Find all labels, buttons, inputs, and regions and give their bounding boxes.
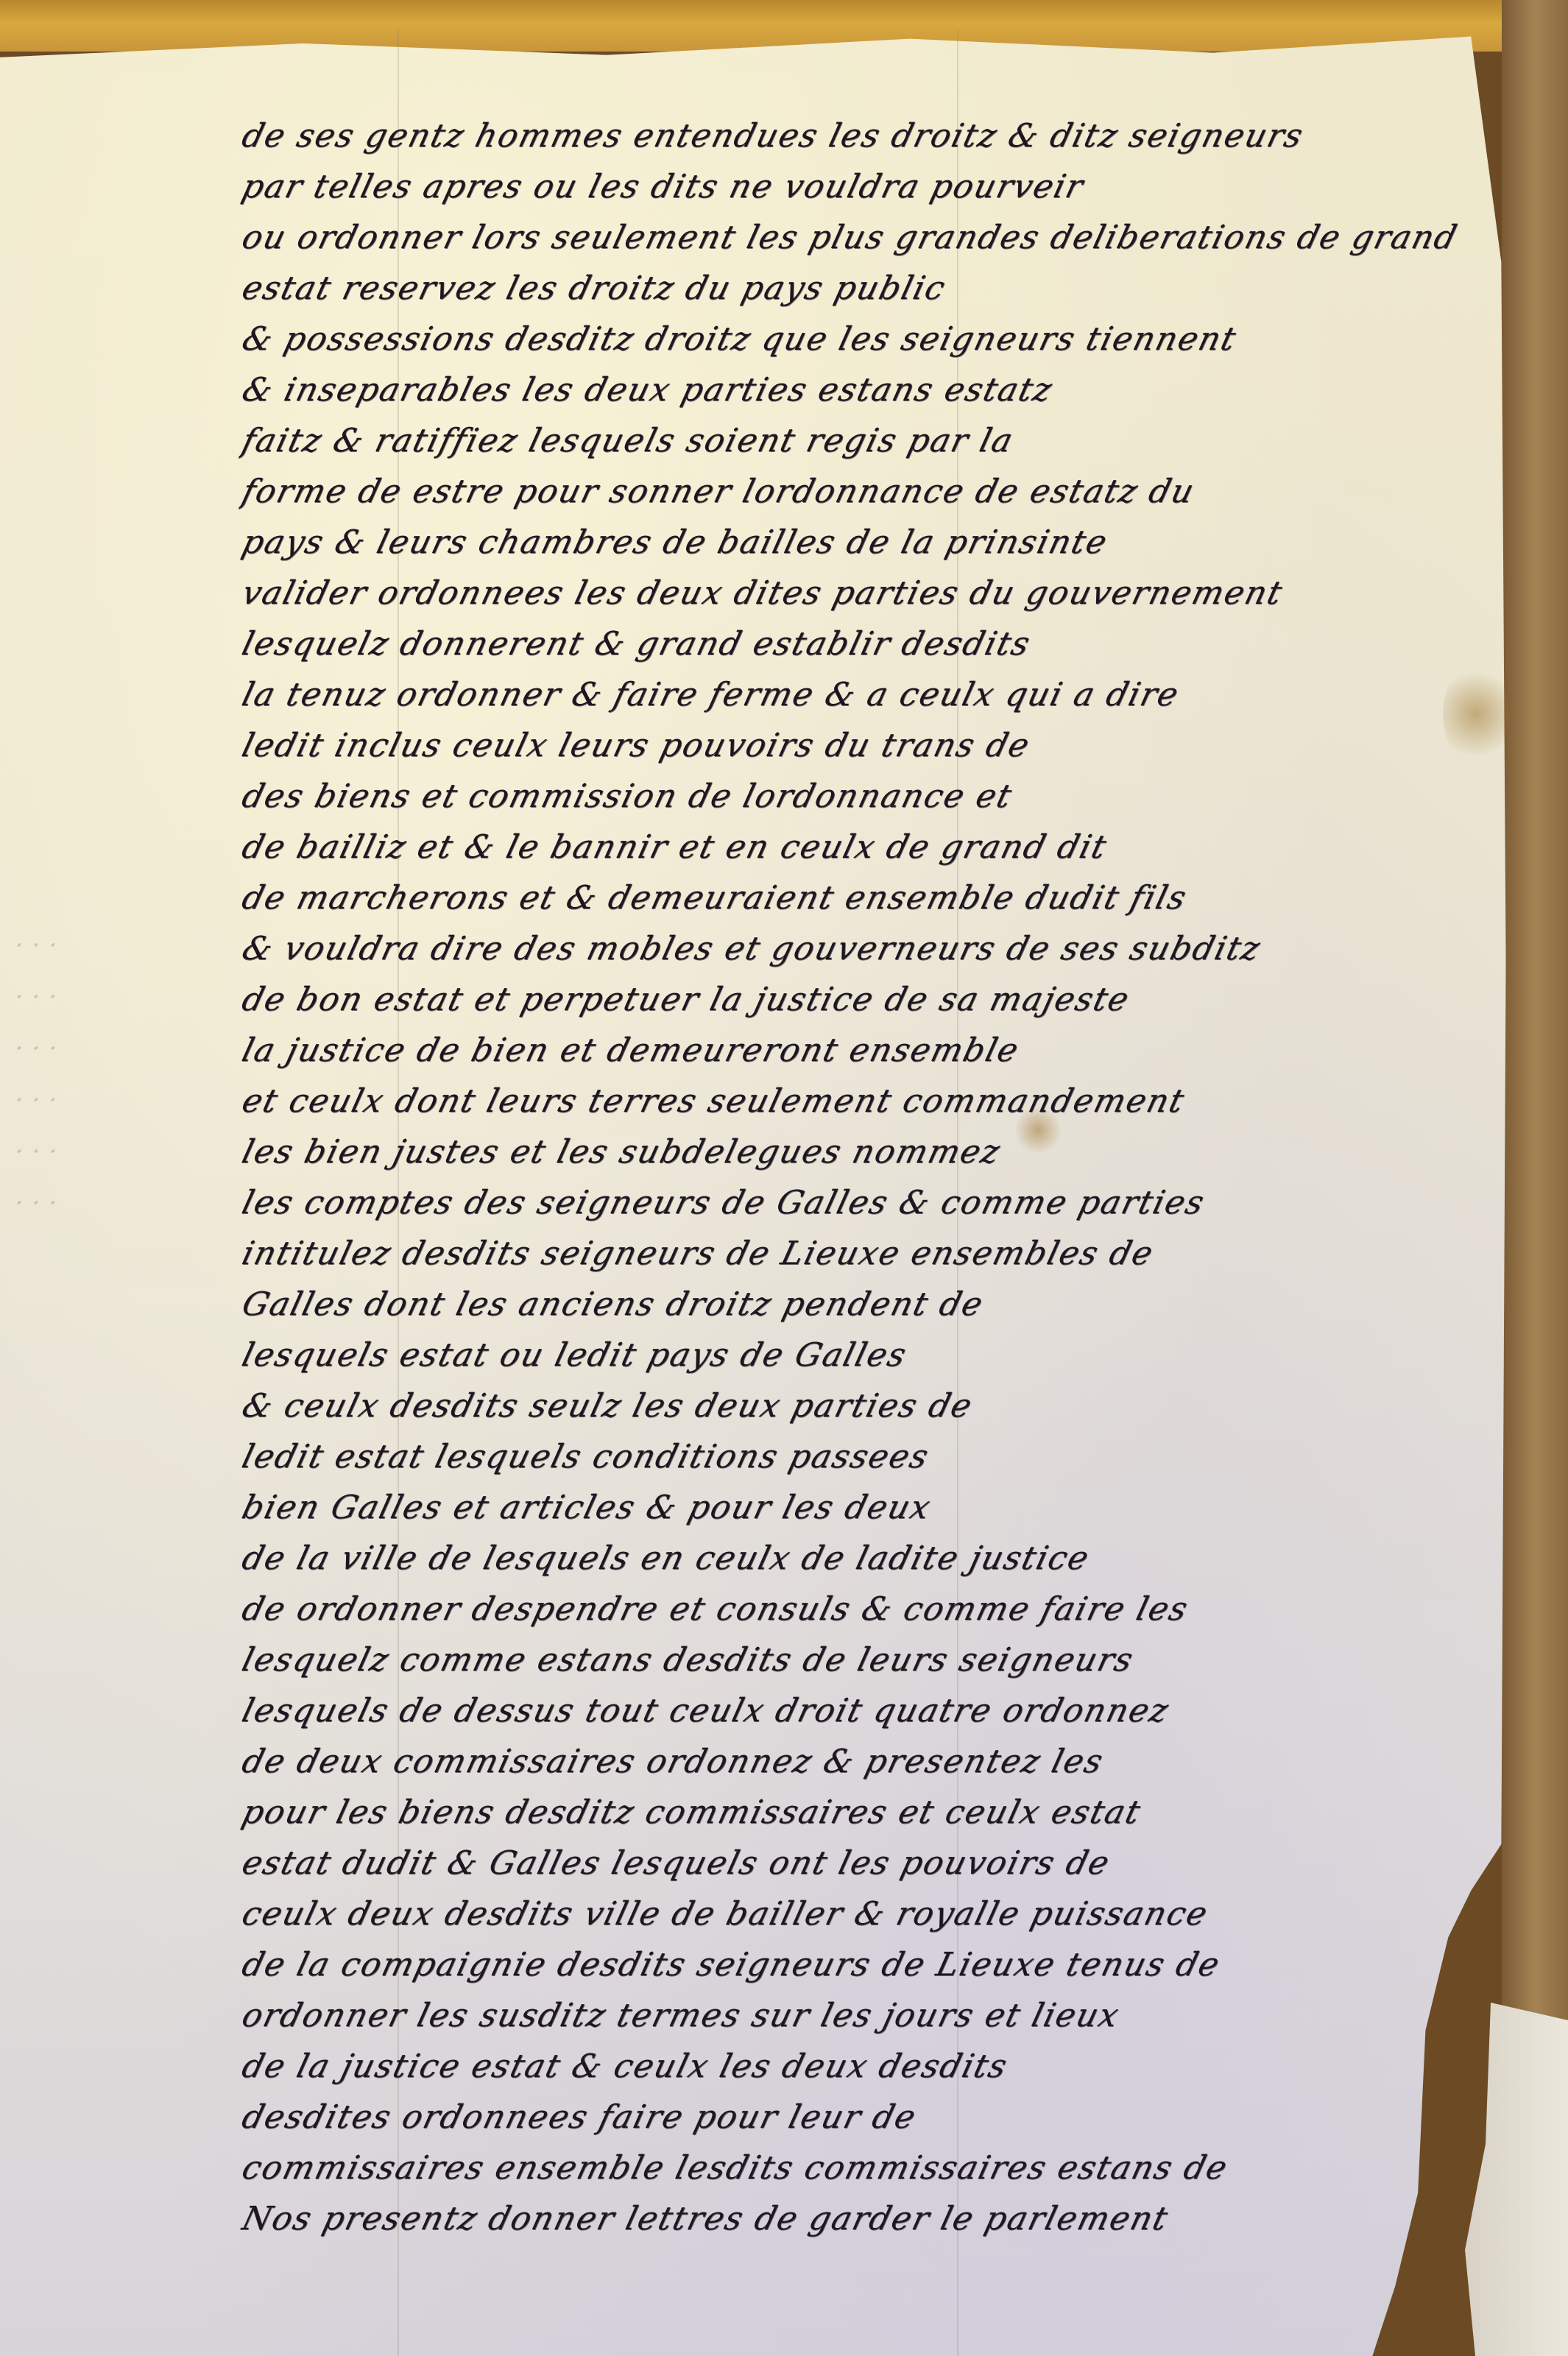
text-line: la tenuz ordonner & faire ferme & a ceul… <box>236 669 1515 720</box>
text-line: de bon estat et perpetuer la justice de … <box>236 974 1515 1025</box>
text-line: & inseparables les deux parties estans e… <box>236 364 1515 415</box>
text-line: faitz & ratiffiez lesquels soient regis … <box>236 415 1515 466</box>
text-line: lesquels de dessus tout ceulx droit quat… <box>236 1685 1515 1736</box>
text-line: ordonner les susditz termes sur les jour… <box>236 1990 1515 2041</box>
text-line: pays & leurs chambres de bailles de la p… <box>236 517 1515 568</box>
text-line: de deux commissaires ordonnez & presente… <box>236 1736 1515 1787</box>
text-line: desdites ordonnees faire pour leur de <box>236 2092 1515 2142</box>
text-line: forme de estre pour sonner lordonnance d… <box>236 466 1515 517</box>
text-line: & possessions desditz droitz que les sei… <box>236 314 1515 364</box>
text-line: ou ordonner lors seulement les plus gran… <box>236 212 1515 263</box>
text-line: estat reservez les droitz du pays public <box>236 263 1515 314</box>
text-line: & ceulx desdits seulz les deux parties d… <box>236 1380 1515 1431</box>
text-line: ledit inclus ceulx leurs pouvoirs du tra… <box>236 720 1515 771</box>
text-line: de la justice estat & ceulx les deux des… <box>236 2041 1515 2092</box>
text-line: de ordonner despendre et consuls & comme… <box>236 1584 1515 1634</box>
text-line: bien Galles et articles & pour les deux <box>236 1482 1515 1533</box>
text-line: & vouldra dire des mobles et gouverneurs… <box>236 923 1515 974</box>
text-line: de ses gentz hommes entendues les droitz… <box>236 110 1515 161</box>
text-line: ceulx deux desdits ville de bailler & ro… <box>236 1888 1515 1939</box>
text-line: de bailliz et & le bannir et en ceulx de… <box>236 822 1515 872</box>
handwritten-text-block: de ses gentz hommes entendues les droitz… <box>243 110 1509 2244</box>
text-line: de la ville de lesquels en ceulx de ladi… <box>236 1533 1515 1584</box>
ghost-line: · · · <box>8 1178 241 1230</box>
text-line: lesquels estat ou ledit pays de Galles <box>236 1330 1515 1380</box>
text-line: les bien justes et les subdelegues nomme… <box>236 1126 1515 1177</box>
ghost-line: · · · <box>8 1075 241 1126</box>
ghost-line: · · · <box>8 920 241 972</box>
text-line: intitulez desdits seigneurs de Lieuxe en… <box>236 1228 1515 1279</box>
text-line: la justice de bien et demeureront ensemb… <box>236 1025 1515 1076</box>
ghost-line: · · · <box>8 1023 241 1075</box>
wooden-surface-top <box>0 0 1568 52</box>
text-line: lesquelz comme estans desdits de leurs s… <box>236 1634 1515 1685</box>
text-line: par telles apres ou les dits ne vouldra … <box>236 161 1515 212</box>
text-line: estat dudit & Galles lesquels ont les po… <box>236 1838 1515 1888</box>
text-line: valider ordonnees les deux dites parties… <box>236 568 1515 618</box>
ghost-line: · · · <box>8 1126 241 1178</box>
text-line: les comptes des seigneurs de Galles & co… <box>236 1177 1515 1228</box>
text-line: de marcherons et & demeuraient ensemble … <box>236 872 1515 923</box>
text-line: de la compaignie desdits seigneurs de Li… <box>236 1939 1515 1990</box>
text-line: et ceulx dont leurs terres seulement com… <box>236 1076 1515 1126</box>
text-line: Nos presentz donner lettres de garder le… <box>236 2193 1515 2244</box>
text-line: commissaires ensemble lesdits commissair… <box>236 2142 1515 2193</box>
text-line: pour les biens desditz commissaires et c… <box>236 1787 1515 1838</box>
text-line: des biens et commission de lordonnance e… <box>236 771 1515 822</box>
faded-margin-bleedthrough: · · · · · · · · · · · · · · · · · · <box>15 920 236 1230</box>
ghost-line: · · · <box>8 972 241 1023</box>
text-line: lesquelz donnerent & grand establir desd… <box>236 618 1515 669</box>
text-line: Galles dont les anciens droitz pendent d… <box>236 1279 1515 1330</box>
text-line: ledit estat lesquels conditions passees <box>236 1431 1515 1482</box>
